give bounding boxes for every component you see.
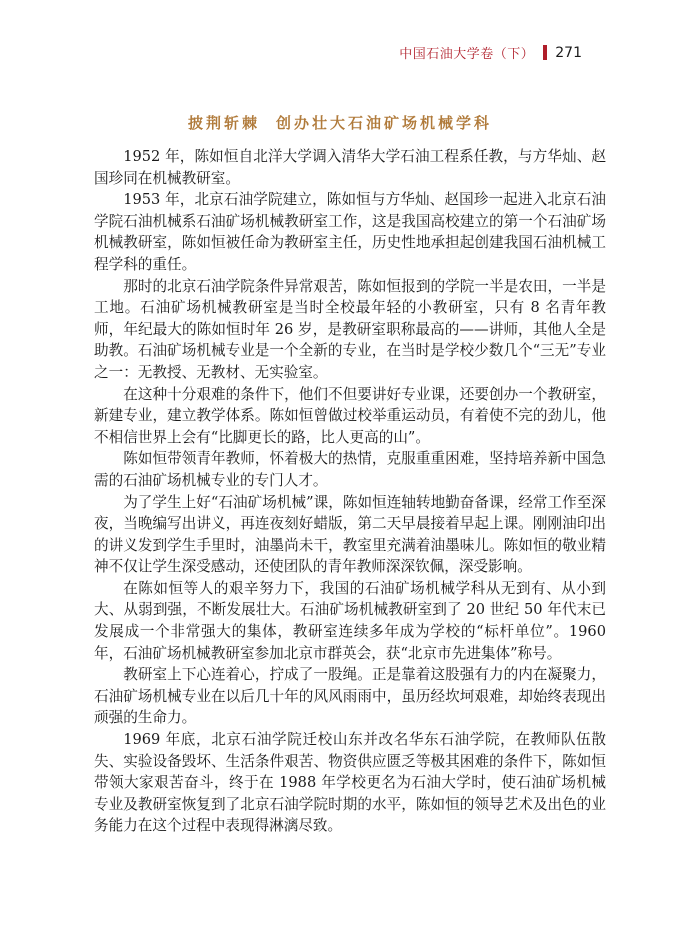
paragraph: 1952 年，陈如恒自北洋大学调入清华大学石油工程系任教，与方华灿、赵国珍同在机…	[94, 146, 606, 189]
page-number: 271	[555, 45, 582, 61]
section-title-part1: 披荆斩棘	[188, 114, 260, 132]
paragraph: 在陈如恒等人的艰辛努力下，我国的石油矿场机械学科从无到有、从小到大、从弱到强，不…	[94, 578, 606, 664]
paragraph: 陈如恒带领青年教师，怀着极大的热情，克服重重困难，坚持培养新中国急需的石油矿场机…	[94, 448, 606, 491]
header-divider-bar	[543, 45, 547, 60]
paragraph: 教研室上下心连着心，拧成了一股绳。正是靠着这股强有力的内在凝聚力，石油矿场机械专…	[94, 664, 606, 729]
running-head: 中国石油大学卷（下） 271	[399, 43, 582, 62]
paragraph: 在这种十分艰难的条件下，他们不但要讲好专业课，还要创办一个教研室，新建专业，建立…	[94, 384, 606, 449]
paragraph: 1953 年，北京石油学院建立，陈如恒与方华灿、赵国珍一起进入北京石油学院石油机…	[94, 189, 606, 275]
paragraph: 那时的北京石油学院条件异常艰苦，陈如恒报到的学院一半是农田，一半是工地。石油矿场…	[94, 276, 606, 384]
section-title-part2: 创办壮大石油矿场机械学科	[276, 114, 492, 132]
paragraph: 1969 年底，北京石油学院迁校山东并改名华东石油学院，在教师队伍散失、实验设备…	[94, 729, 606, 837]
section-title: 披荆斩棘创办壮大石油矿场机械学科	[0, 112, 680, 133]
book-title: 中国石油大学卷（下）	[399, 43, 534, 62]
paragraph: 为了学生上好“石油矿场机械”课，陈如恒连轴转地勤奋备课，经常工作至深夜，当晚编写…	[94, 492, 606, 578]
body-text: 1952 年，陈如恒自北洋大学调入清华大学石油工程系任教，与方华灿、赵国珍同在机…	[94, 146, 606, 837]
